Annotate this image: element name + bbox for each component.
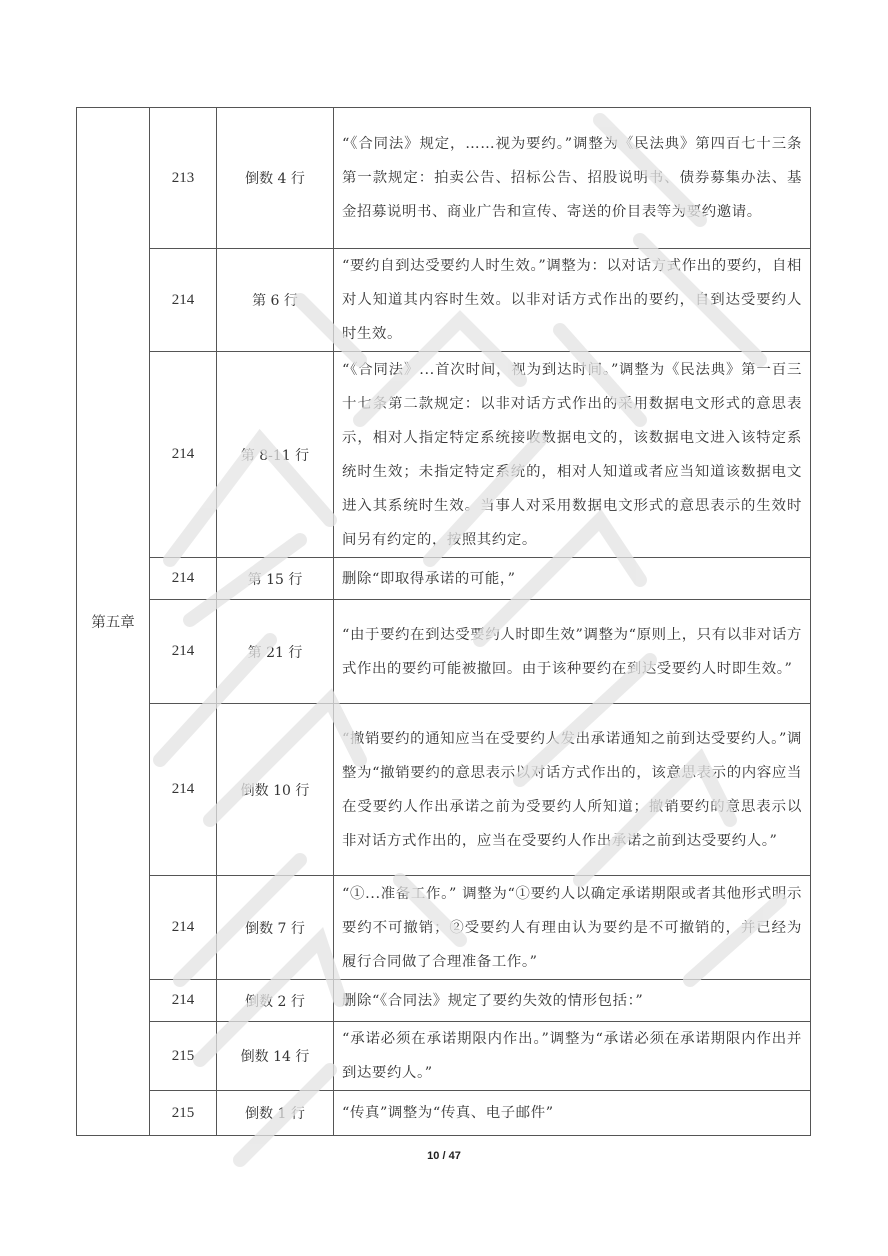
page-number-cell: 214 (150, 352, 217, 558)
page-number-cell: 214 (150, 558, 217, 600)
line-location-cell: 倒数 7 行 (217, 876, 334, 980)
table-row: 214倒数 7 行“①...准备工作。” 调整为“①要约人以确定承诺期限或者其他… (77, 876, 811, 980)
line-location-cell: 倒数 10 行 (217, 704, 334, 876)
line-location-cell: 倒数 4 行 (217, 108, 334, 249)
table-row: 214倒数 10 行“撤销要约的通知应当在受要约人发出承诺通知之前到达受要约人。… (77, 704, 811, 876)
table-row: 第五章213倒数 4 行“《合同法》规定，……视为要约。”调整为《民法典》第四百… (77, 108, 811, 249)
errata-table: 第五章213倒数 4 行“《合同法》规定，……视为要约。”调整为《民法典》第四百… (76, 107, 811, 1136)
revision-content-cell: “承诺必须在承诺期限内作出。”调整为“承诺必须在承诺期限内作出并到达要约人。” (334, 1022, 811, 1091)
table-row: 214第 21 行“由于要约在到达受要约人时即生效”调整为“原则上，只有以非对话… (77, 600, 811, 704)
revision-content-cell: “《合同法》规定，……视为要约。”调整为《民法典》第四百七十三条第一款规定：拍卖… (334, 108, 811, 249)
revision-content-cell: “传真”调整为“传真、电子邮件” (334, 1091, 811, 1136)
page-number-cell: 214 (150, 249, 217, 352)
errata-table-body: 第五章213倒数 4 行“《合同法》规定，……视为要约。”调整为《民法典》第四百… (77, 108, 811, 1136)
table-row: 215倒数 14 行“承诺必须在承诺期限内作出。”调整为“承诺必须在承诺期限内作… (77, 1022, 811, 1091)
page-number: 10 / 47 (0, 1150, 888, 1162)
revision-content-cell: “由于要约在到达受要约人时即生效”调整为“原则上，只有以非对话方式作出的要约可能… (334, 600, 811, 704)
revision-content-cell: “撤销要约的通知应当在受要约人发出承诺通知之前到达受要约人。”调整为“撤销要约的… (334, 704, 811, 876)
table-row: 214第 6 行“要约自到达受要约人时生效。”调整为：以对话方式作出的要约，自相… (77, 249, 811, 352)
page-number-cell: 213 (150, 108, 217, 249)
revision-content-cell: “①...准备工作。” 调整为“①要约人以确定承诺期限或者其他形式明示要约不可撤… (334, 876, 811, 980)
table-row: 214第 8-11 行“《合同法》...首次时间，视为到达时间。”调整为《民法典… (77, 352, 811, 558)
table-row: 214倒数 2 行删除“《合同法》规定了要约失效的情形包括：” (77, 980, 811, 1022)
line-location-cell: 倒数 14 行 (217, 1022, 334, 1091)
revision-content-cell: 删除“即取得承诺的可能，” (334, 558, 811, 600)
line-location-cell: 第 6 行 (217, 249, 334, 352)
table-row: 215倒数 1 行“传真”调整为“传真、电子邮件” (77, 1091, 811, 1136)
page-number-cell: 214 (150, 876, 217, 980)
line-location-cell: 第 15 行 (217, 558, 334, 600)
line-location-cell: 第 21 行 (217, 600, 334, 704)
line-location-cell: 倒数 1 行 (217, 1091, 334, 1136)
chapter-cell: 第五章 (77, 108, 150, 1136)
page-number-cell: 214 (150, 600, 217, 704)
page-number-cell: 215 (150, 1091, 217, 1136)
revision-content-cell: “《合同法》...首次时间，视为到达时间。”调整为《民法典》第一百三十七条第二款… (334, 352, 811, 558)
page-number-cell: 214 (150, 704, 217, 876)
line-location-cell: 倒数 2 行 (217, 980, 334, 1022)
revision-content-cell: “要约自到达受要约人时生效。”调整为：以对话方式作出的要约，自相对人知道其内容时… (334, 249, 811, 352)
revision-content-cell: 删除“《合同法》规定了要约失效的情形包括：” (334, 980, 811, 1022)
page-number-cell: 214 (150, 980, 217, 1022)
page-number-cell: 215 (150, 1022, 217, 1091)
table-row: 214第 15 行删除“即取得承诺的可能，” (77, 558, 811, 600)
line-location-cell: 第 8-11 行 (217, 352, 334, 558)
